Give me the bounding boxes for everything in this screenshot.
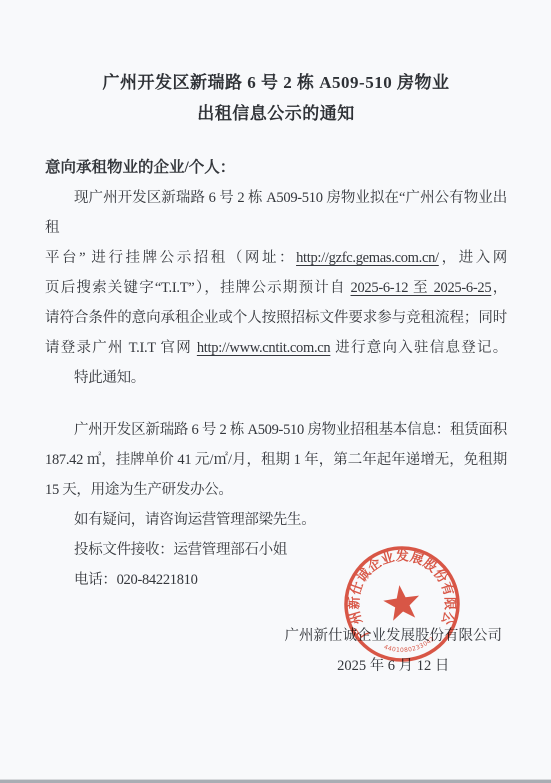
paragraph-line: 平台” 进行挂牌公示招租（网址：http://gzfc.gemas.com.cn… [45,243,507,273]
paragraph-line: 请登录广州 T.I.T 官网 http://www.cntit.com.cn 进… [45,333,507,363]
text-segment: ，进入网 [439,250,507,266]
platform-url-link[interactable]: http://gzfc.gemas.com.cn/ [296,250,439,266]
notice-title: 广州开发区新瑞路 6 号 2 栋 A509-510 房物业 出租信息公示的通知 [45,67,507,129]
salutation: 意向承租物业的企业/个人： [45,153,507,183]
paragraph-line: 187.42 ㎡，挂牌单价 41 元/㎡/月，租期 1 年，第二年起年递增无，免… [45,445,507,475]
title-line-2: 出租信息公示的通知 [45,98,507,129]
paragraph-line: 15 天，用途为生产研发办公。 [45,475,507,505]
paragraph-line: 请符合条件的意向承租企业或个人按照招标文件要求参与竞租流程；同时 [45,303,507,333]
paragraph-line: 页后搜索关键字“T.I.T”），挂牌公示期预计自 2025-6-12 至 202… [45,273,507,303]
text-segment: 请登录广州 T.I.T 官网 [45,340,197,356]
announcement-paragraph: 现广州开发区新瑞路 6 号 2 栋 A509-510 房物业拟在“广州公有物业出… [45,183,507,393]
text-segment: ， [491,280,507,296]
text-segment: 进行意向入驻信息登记。 [330,340,507,356]
text-segment: 页后搜索关键字“T.I.T”），挂牌公示期预计自 [45,280,351,296]
text-segment: 平台” 进行挂牌公示招租（网址： [45,250,296,266]
publicity-period-dates: 2025-6-12 至 2025-6-25 [351,280,492,296]
paragraph-line: 现广州开发区新瑞路 6 号 2 栋 A509-510 房物业拟在“广州公有物业出… [45,183,507,243]
title-line-1: 广州开发区新瑞路 6 号 2 栋 A509-510 房物业 [45,67,507,98]
company-seal-stamp: 广州新仕诚企业发展股份有限公司 4401080233042 [317,519,486,688]
closing-note: 特此通知。 [45,363,507,393]
notice-page: 广州开发区新瑞路 6 号 2 栋 A509-510 房物业 出租信息公示的通知 … [0,0,551,783]
star-icon [381,583,422,622]
tit-official-site-link[interactable]: http://www.cntit.com.cn [197,340,331,356]
details-paragraph: 广州开发区新瑞路 6 号 2 栋 A509-510 房物业招租基本信息：租赁面积… [45,415,507,505]
paragraph-line: 广州开发区新瑞路 6 号 2 栋 A509-510 房物业招租基本信息：租赁面积 [45,415,507,445]
